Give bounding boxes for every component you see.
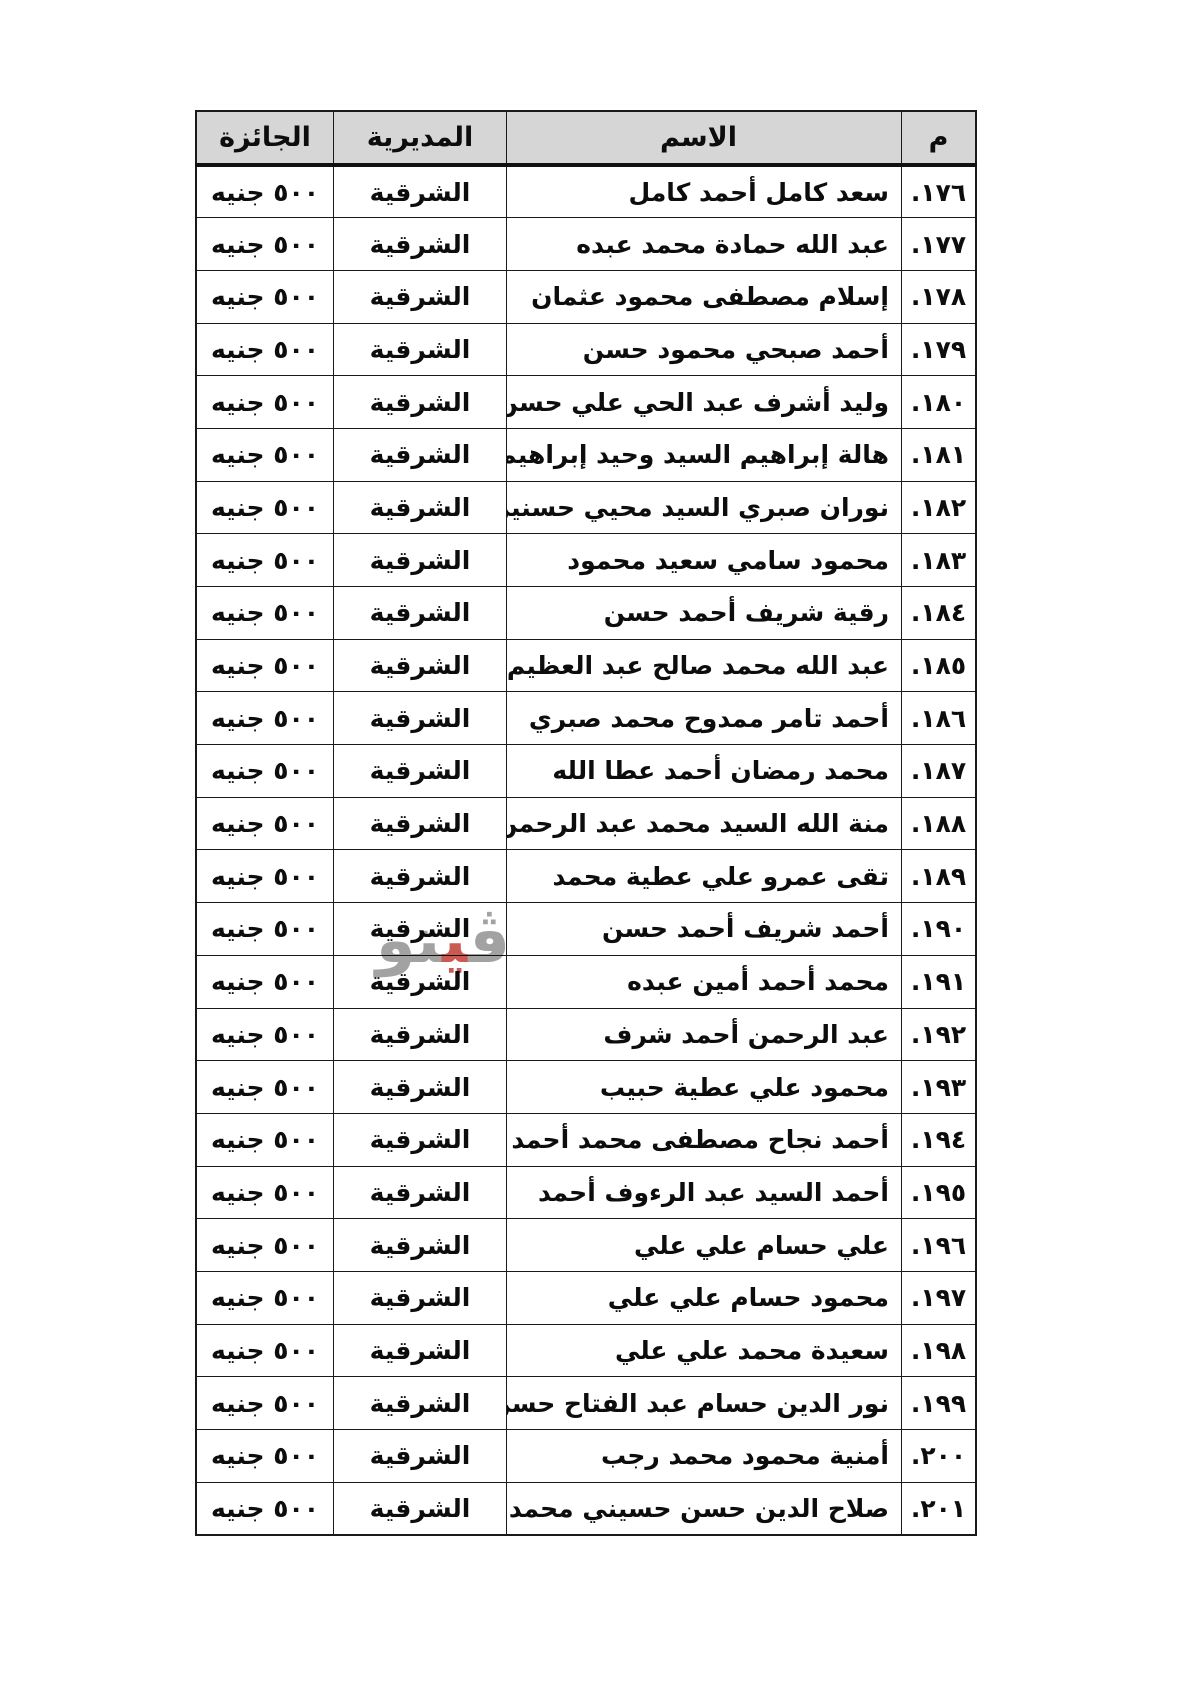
cell-num: ١٩٧. bbox=[902, 1271, 977, 1324]
cell-name: محمد رمضان أحمد عطا الله bbox=[507, 745, 902, 798]
table-row: ١٧٩.أحمد صبحي محمود حسنالشرقية٥٠٠ جنيه bbox=[196, 323, 976, 376]
cell-directorate: الشرقية bbox=[334, 323, 507, 376]
cell-prize: ٥٠٠ جنيه bbox=[196, 1061, 334, 1114]
cell-directorate: الشرقية bbox=[334, 903, 507, 956]
table-row: ١٨٣.محمود سامي سعيد محمودالشرقية٥٠٠ جنيه bbox=[196, 534, 976, 587]
header-prize: الجائزة bbox=[196, 111, 334, 165]
table-row: ١٨٢.نوران صبري السيد محيي حسنينالشرقية٥٠… bbox=[196, 481, 976, 534]
cell-prize: ٥٠٠ جنيه bbox=[196, 1324, 334, 1377]
cell-directorate: الشرقية bbox=[334, 1430, 507, 1483]
cell-prize: ٥٠٠ جنيه bbox=[196, 428, 334, 481]
table-row: ١٩٥.أحمد السيد عبد الرءوف أحمدالشرقية٥٠٠… bbox=[196, 1166, 976, 1219]
cell-name: أحمد شريف أحمد حسن bbox=[507, 903, 902, 956]
table-row: ١٧٨.إسلام مصطفى محمود عثمانالشرقية٥٠٠ جن… bbox=[196, 270, 976, 323]
cell-name: نوران صبري السيد محيي حسنين bbox=[507, 481, 902, 534]
table-row: ١٧٦.سعد كامل أحمد كاملالشرقية٥٠٠ جنيه bbox=[196, 165, 976, 218]
cell-prize: ٥٠٠ جنيه bbox=[196, 1377, 334, 1430]
cell-directorate: الشرقية bbox=[334, 376, 507, 429]
cell-num: ١٨١. bbox=[902, 428, 977, 481]
cell-num: ١٧٩. bbox=[902, 323, 977, 376]
table-row: ١٩٧.محمود حسام علي عليالشرقية٥٠٠ جنيه bbox=[196, 1271, 976, 1324]
cell-num: ١٨٥. bbox=[902, 639, 977, 692]
cell-prize: ٥٠٠ جنيه bbox=[196, 218, 334, 271]
cell-directorate: الشرقية bbox=[334, 534, 507, 587]
table-row: ١٨٧.محمد رمضان أحمد عطا اللهالشرقية٥٠٠ ج… bbox=[196, 745, 976, 798]
cell-prize: ٥٠٠ جنيه bbox=[196, 1113, 334, 1166]
cell-prize: ٥٠٠ جنيه bbox=[196, 323, 334, 376]
cell-prize: ٥٠٠ جنيه bbox=[196, 1219, 334, 1272]
cell-num: ١٨٤. bbox=[902, 587, 977, 640]
cell-directorate: الشرقية bbox=[334, 270, 507, 323]
cell-name: محمد أحمد أمين عبده bbox=[507, 955, 902, 1008]
cell-name: أحمد صبحي محمود حسن bbox=[507, 323, 902, 376]
table-row: ٢٠٠.أمنية محمود محمد رجبالشرقية٥٠٠ جنيه bbox=[196, 1430, 976, 1483]
header-directorate: المديرية bbox=[334, 111, 507, 165]
cell-num: ١٩٥. bbox=[902, 1166, 977, 1219]
table-row: ١٨٤.رقية شريف أحمد حسنالشرقية٥٠٠ جنيه bbox=[196, 587, 976, 640]
cell-prize: ٥٠٠ جنيه bbox=[196, 955, 334, 1008]
table-row: ١٩٩.نور الدين حسام عبد الفتاح حسنالشرقية… bbox=[196, 1377, 976, 1430]
cell-prize: ٥٠٠ جنيه bbox=[196, 1271, 334, 1324]
header-row: م الاسم المديرية الجائزة bbox=[196, 111, 976, 165]
cell-name: أمنية محمود محمد رجب bbox=[507, 1430, 902, 1483]
cell-directorate: الشرقية bbox=[334, 955, 507, 1008]
document-page: م الاسم المديرية الجائزة ١٧٦.سعد كامل أح… bbox=[0, 0, 1191, 1685]
cell-name: وليد أشرف عبد الحي علي حسن bbox=[507, 376, 902, 429]
cell-num: ١٧٨. bbox=[902, 270, 977, 323]
cell-num: ٢٠١. bbox=[902, 1482, 977, 1535]
cell-directorate: الشرقية bbox=[334, 1271, 507, 1324]
cell-name: محمود حسام علي علي bbox=[507, 1271, 902, 1324]
table-row: ١٨٥.عبد الله محمد صالح عبد العظيمالشرقية… bbox=[196, 639, 976, 692]
cell-directorate: الشرقية bbox=[334, 218, 507, 271]
cell-prize: ٥٠٠ جنيه bbox=[196, 1482, 334, 1535]
cell-name: عبد الله محمد صالح عبد العظيم bbox=[507, 639, 902, 692]
cell-num: ١٨٦. bbox=[902, 692, 977, 745]
cell-num: ١٩٠. bbox=[902, 903, 977, 956]
cell-num: ١٧٦. bbox=[902, 165, 977, 218]
cell-name: سعد كامل أحمد كامل bbox=[507, 165, 902, 218]
cell-prize: ٥٠٠ جنيه bbox=[196, 376, 334, 429]
cell-name: أحمد نجاح مصطفى محمد أحمد bbox=[507, 1113, 902, 1166]
cell-directorate: الشرقية bbox=[334, 639, 507, 692]
table-row: ١٨٠.وليد أشرف عبد الحي علي حسنالشرقية٥٠٠… bbox=[196, 376, 976, 429]
cell-name: هالة إبراهيم السيد وحيد إبراهيم bbox=[507, 428, 902, 481]
cell-num: ١٩٦. bbox=[902, 1219, 977, 1272]
cell-directorate: الشرقية bbox=[334, 745, 507, 798]
cell-prize: ٥٠٠ جنيه bbox=[196, 587, 334, 640]
cell-directorate: الشرقية bbox=[334, 1113, 507, 1166]
cell-name: علي حسام علي علي bbox=[507, 1219, 902, 1272]
cell-directorate: الشرقية bbox=[334, 1377, 507, 1430]
header-name: الاسم bbox=[507, 111, 902, 165]
table-header: م الاسم المديرية الجائزة bbox=[196, 111, 976, 165]
cell-directorate: الشرقية bbox=[334, 1219, 507, 1272]
cell-name: رقية شريف أحمد حسن bbox=[507, 587, 902, 640]
cell-prize: ٥٠٠ جنيه bbox=[196, 481, 334, 534]
cell-num: ١٩٩. bbox=[902, 1377, 977, 1430]
cell-name: محمود علي عطية حبيب bbox=[507, 1061, 902, 1114]
table-row: ١٩٨.سعيدة محمد علي عليالشرقية٥٠٠ جنيه bbox=[196, 1324, 976, 1377]
header-number: م bbox=[902, 111, 977, 165]
cell-directorate: الشرقية bbox=[334, 481, 507, 534]
cell-prize: ٥٠٠ جنيه bbox=[196, 534, 334, 587]
cell-name: صلاح الدين حسن حسيني محمد bbox=[507, 1482, 902, 1535]
cell-directorate: الشرقية bbox=[334, 1061, 507, 1114]
cell-prize: ٥٠٠ جنيه bbox=[196, 1166, 334, 1219]
cell-name: عبد الرحمن أحمد شرف bbox=[507, 1008, 902, 1061]
table-row: ١٩٠.أحمد شريف أحمد حسنالشرقية٥٠٠ جنيه bbox=[196, 903, 976, 956]
cell-directorate: الشرقية bbox=[334, 1166, 507, 1219]
table-row: ١٩٢.عبد الرحمن أحمد شرفالشرقية٥٠٠ جنيه bbox=[196, 1008, 976, 1061]
table-body: ١٧٦.سعد كامل أحمد كاملالشرقية٥٠٠ جنيه١٧٧… bbox=[196, 165, 976, 1535]
cell-prize: ٥٠٠ جنيه bbox=[196, 639, 334, 692]
table-row: ٢٠١.صلاح الدين حسن حسيني محمدالشرقية٥٠٠ … bbox=[196, 1482, 976, 1535]
cell-name: نور الدين حسام عبد الفتاح حسن bbox=[507, 1377, 902, 1430]
cell-name: تقى عمرو علي عطية محمد bbox=[507, 850, 902, 903]
cell-name: عبد الله حمادة محمد عبده bbox=[507, 218, 902, 271]
cell-num: ١٨٧. bbox=[902, 745, 977, 798]
winners-table: م الاسم المديرية الجائزة ١٧٦.سعد كامل أح… bbox=[195, 110, 977, 1536]
cell-num: ١٩٨. bbox=[902, 1324, 977, 1377]
cell-directorate: الشرقية bbox=[334, 165, 507, 218]
cell-num: ١٨٠. bbox=[902, 376, 977, 429]
cell-num: ١٨٨. bbox=[902, 797, 977, 850]
table-row: ١٨٨.منة الله السيد محمد عبد الرحمنالشرقي… bbox=[196, 797, 976, 850]
cell-num: ١٨٣. bbox=[902, 534, 977, 587]
cell-directorate: الشرقية bbox=[334, 1324, 507, 1377]
cell-directorate: الشرقية bbox=[334, 1008, 507, 1061]
cell-name: منة الله السيد محمد عبد الرحمن bbox=[507, 797, 902, 850]
table-row: ١٨٩.تقى عمرو علي عطية محمدالشرقية٥٠٠ جني… bbox=[196, 850, 976, 903]
table-row: ١٩٤.أحمد نجاح مصطفى محمد أحمدالشرقية٥٠٠ … bbox=[196, 1113, 976, 1166]
table-row: ١٩٣.محمود علي عطية حبيبالشرقية٥٠٠ جنيه bbox=[196, 1061, 976, 1114]
cell-name: أحمد تامر ممدوح محمد صبري bbox=[507, 692, 902, 745]
cell-num: ٢٠٠. bbox=[902, 1430, 977, 1483]
cell-name: أحمد السيد عبد الرءوف أحمد bbox=[507, 1166, 902, 1219]
cell-num: ١٩٢. bbox=[902, 1008, 977, 1061]
table-row: ١٨١.هالة إبراهيم السيد وحيد إبراهيمالشرق… bbox=[196, 428, 976, 481]
cell-num: ١٩١. bbox=[902, 955, 977, 1008]
cell-name: إسلام مصطفى محمود عثمان bbox=[507, 270, 902, 323]
cell-prize: ٥٠٠ جنيه bbox=[196, 1430, 334, 1483]
cell-directorate: الشرقية bbox=[334, 692, 507, 745]
cell-directorate: الشرقية bbox=[334, 1482, 507, 1535]
cell-prize: ٥٠٠ جنيه bbox=[196, 270, 334, 323]
table-row: ١٩٦.علي حسام علي عليالشرقية٥٠٠ جنيه bbox=[196, 1219, 976, 1272]
cell-num: ١٧٧. bbox=[902, 218, 977, 271]
cell-num: ١٩٤. bbox=[902, 1113, 977, 1166]
cell-prize: ٥٠٠ جنيه bbox=[196, 745, 334, 798]
table-row: ١٧٧.عبد الله حمادة محمد عبدهالشرقية٥٠٠ ج… bbox=[196, 218, 976, 271]
cell-prize: ٥٠٠ جنيه bbox=[196, 850, 334, 903]
cell-directorate: الشرقية bbox=[334, 797, 507, 850]
cell-prize: ٥٠٠ جنيه bbox=[196, 797, 334, 850]
cell-prize: ٥٠٠ جنيه bbox=[196, 692, 334, 745]
cell-directorate: الشرقية bbox=[334, 587, 507, 640]
cell-directorate: الشرقية bbox=[334, 428, 507, 481]
cell-prize: ٥٠٠ جنيه bbox=[196, 903, 334, 956]
cell-name: سعيدة محمد علي علي bbox=[507, 1324, 902, 1377]
cell-prize: ٥٠٠ جنيه bbox=[196, 1008, 334, 1061]
cell-num: ١٨٩. bbox=[902, 850, 977, 903]
table-row: ١٩١.محمد أحمد أمين عبدهالشرقية٥٠٠ جنيه bbox=[196, 955, 976, 1008]
cell-directorate: الشرقية bbox=[334, 850, 507, 903]
table-row: ١٨٦.أحمد تامر ممدوح محمد صبريالشرقية٥٠٠ … bbox=[196, 692, 976, 745]
cell-name: محمود سامي سعيد محمود bbox=[507, 534, 902, 587]
cell-prize: ٥٠٠ جنيه bbox=[196, 165, 334, 218]
cell-num: ١٩٣. bbox=[902, 1061, 977, 1114]
cell-num: ١٨٢. bbox=[902, 481, 977, 534]
